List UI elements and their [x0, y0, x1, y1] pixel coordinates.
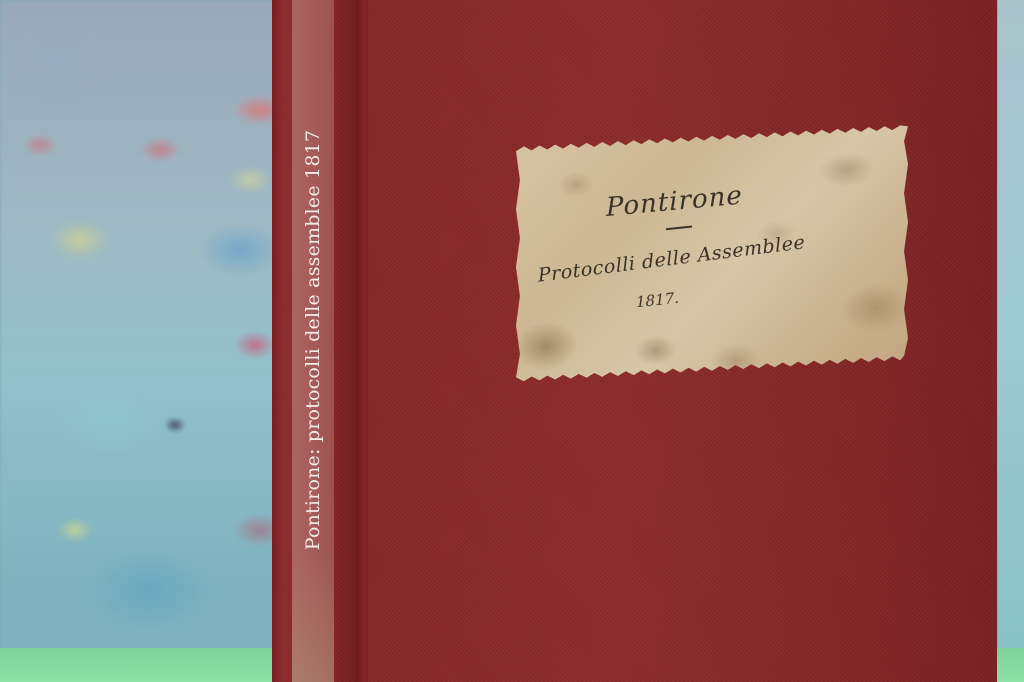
label-year: 1817.	[636, 289, 680, 312]
marbled-paper-background-right	[998, 0, 1024, 650]
spine-title: Pontirone: protocolli delle assemblee 18…	[302, 40, 324, 640]
label-title: Pontirone	[605, 181, 743, 223]
label-dash-divider	[666, 225, 692, 230]
label-subtitle: Protocolli delle Assemblee	[537, 231, 806, 286]
book-spine: Pontirone: protocolli delle assemblee 18…	[272, 0, 362, 682]
photo-scene: Pontirone: protocolli delle assemblee 18…	[0, 0, 1024, 682]
